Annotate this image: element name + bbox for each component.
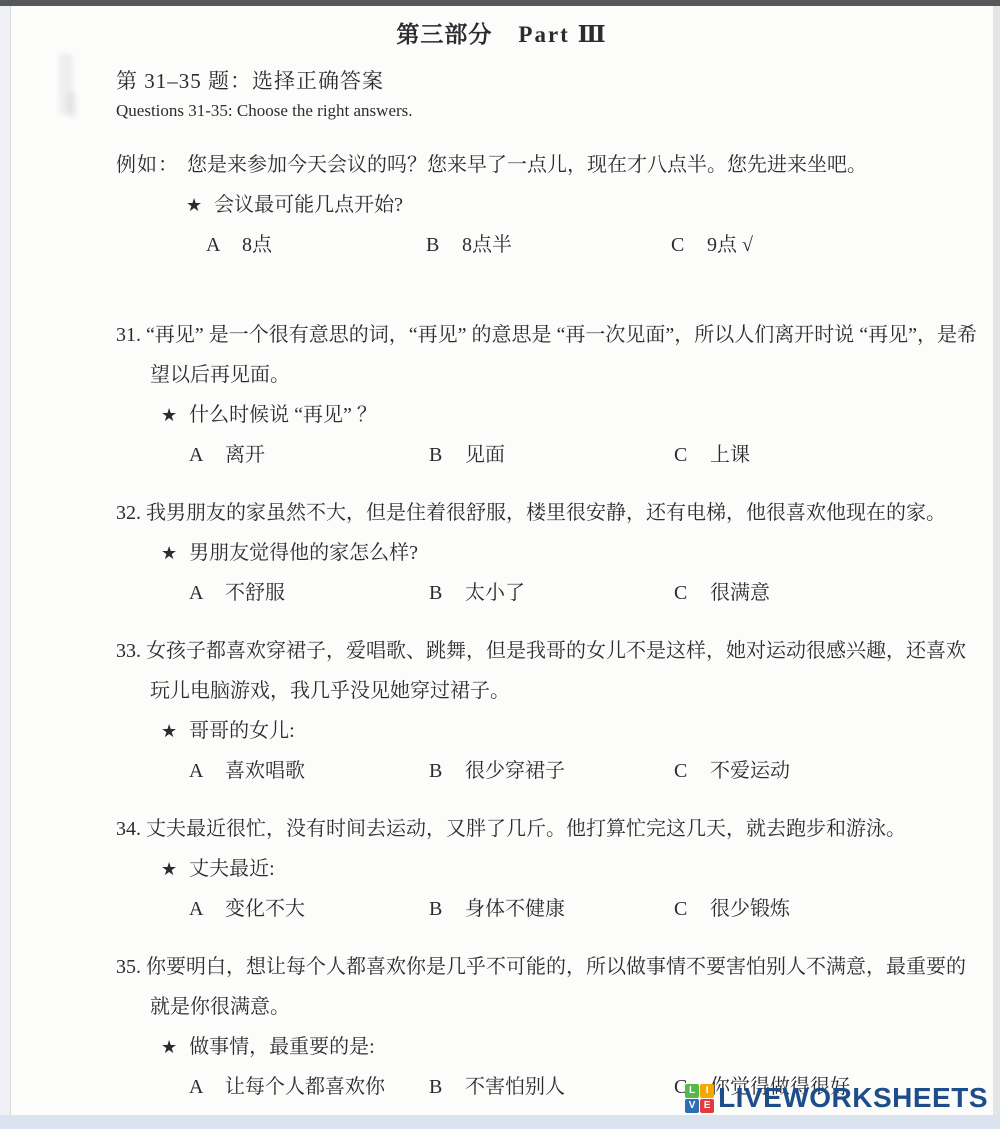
worksheet-page: 第三部分Part Ⅲ 第 31–35 题：选择正确答案 Questions 31… <box>10 6 993 1115</box>
option-letter: B <box>429 1067 465 1107</box>
option-letter: B <box>429 573 465 613</box>
star-question: ★丈夫最近: <box>116 849 979 889</box>
option-c[interactable]: C上课 <box>674 435 979 475</box>
logo-square-l: L <box>685 1084 699 1098</box>
option-text: 很少穿裙子 <box>465 760 565 782</box>
star-question: ★哥哥的女儿: <box>116 711 979 751</box>
option-letter: C <box>674 889 710 929</box>
scan-artifact <box>67 92 77 118</box>
star-question: ★男朋友觉得他的家怎么样? <box>116 533 979 573</box>
options-row: A不舒服 B太小了 C很满意 <box>116 573 979 613</box>
page-title-cn: 第三部分 <box>396 22 492 47</box>
passage-text: 女孩子都喜欢穿裙子，爱唱歌、跳舞，但是我哥的女儿不是这样，她对运动很感兴趣，还喜… <box>146 640 966 702</box>
option-b[interactable]: B太小了 <box>429 573 674 613</box>
liveworksheets-logo[interactable]: L I V E LIVEWORKSHEETS <box>685 1082 988 1114</box>
option-letter: A <box>189 573 225 613</box>
option-a[interactable]: A8点 <box>206 225 426 265</box>
page-title: 第三部分Part Ⅲ <box>11 16 993 49</box>
option-text: 喜欢唱歌 <box>225 760 305 782</box>
question-passage: 33.女孩子都喜欢穿裙子，爱唱歌、跳舞，但是我哥的女儿不是这样，她对运动很感兴趣… <box>116 631 979 711</box>
star-icon: ★ <box>161 543 177 563</box>
example-question-text: 会议最可能几点开始? <box>214 194 403 216</box>
options-row: A离开 B见面 C上课 <box>116 435 979 475</box>
question-number: 32. <box>116 502 141 524</box>
question-number: 31. <box>116 324 141 346</box>
option-b[interactable]: B不害怕别人 <box>429 1067 674 1107</box>
option-a[interactable]: A变化不大 <box>189 889 429 929</box>
page-right-edge <box>993 6 1000 1129</box>
logo-square-i: I <box>700 1084 714 1098</box>
option-letter: C <box>674 573 710 613</box>
question-31: 31.“再见” 是一个很有意思的词，“再见” 的意思是 “再一次见面”，所以人们… <box>116 315 979 475</box>
option-text: 很少锻炼 <box>710 898 790 920</box>
example-options-row: A8点 B8点半 C9点 √ <box>116 225 979 265</box>
star-icon: ★ <box>161 859 177 879</box>
option-text: 不爱运动 <box>710 760 790 782</box>
option-text: 很满意 <box>710 582 770 604</box>
option-letter: A <box>189 751 225 791</box>
option-text: 9点 √ <box>707 234 753 256</box>
question-number: 34. <box>116 818 141 840</box>
option-letter: A <box>189 889 225 929</box>
option-text: 离开 <box>225 444 265 466</box>
question-33: 33.女孩子都喜欢穿裙子，爱唱歌、跳舞，但是我哥的女儿不是这样，她对运动很感兴趣… <box>116 631 979 791</box>
option-text: 太小了 <box>465 582 525 604</box>
star-question: ★什么时候说 “再见” ？ <box>116 395 979 435</box>
option-a[interactable]: A不舒服 <box>189 573 429 613</box>
option-text: 不害怕别人 <box>465 1076 565 1098</box>
option-b[interactable]: B很少穿裙子 <box>429 751 674 791</box>
passage-text: 你要明白，想让每个人都喜欢你是几乎不可能的，所以做事情不要害怕别人不满意，最重要… <box>146 956 966 1018</box>
question-passage: 35.你要明白，想让每个人都喜欢你是几乎不可能的，所以做事情不要害怕别人不满意，… <box>116 947 979 1027</box>
option-b[interactable]: B身体不健康 <box>429 889 674 929</box>
option-letter: A <box>206 225 242 265</box>
liveworksheets-wordmark: LIVEWORKSHEETS <box>718 1082 988 1114</box>
liveworksheets-logo-icon: L I V E <box>685 1084 714 1113</box>
example-passage-text: 您是来参加今天会议的吗？您来早了一点儿，现在才八点半。您先进来坐吧。 <box>187 154 867 176</box>
example-passage: 例如：您是来参加今天会议的吗？您来早了一点儿，现在才八点半。您先进来坐吧。 <box>116 145 979 185</box>
star-icon: ★ <box>161 405 177 425</box>
star-question: ★做事情，最重要的是: <box>116 1027 979 1067</box>
option-c[interactable]: C不爱运动 <box>674 751 979 791</box>
page-bottom-edge <box>0 1115 1000 1129</box>
option-text: 见面 <box>465 444 505 466</box>
option-text: 让每个人都喜欢你 <box>225 1076 385 1098</box>
options-row: A喜欢唱歌 B很少穿裙子 C不爱运动 <box>116 751 979 791</box>
option-c[interactable]: C很满意 <box>674 573 979 613</box>
example-block: 例如：您是来参加今天会议的吗？您来早了一点儿，现在才八点半。您先进来坐吧。 ★会… <box>116 145 979 265</box>
option-a[interactable]: A让每个人都喜欢你 <box>189 1067 429 1107</box>
option-text: 8点半 <box>462 234 512 256</box>
option-letter: A <box>189 435 225 475</box>
option-text: 不舒服 <box>225 582 285 604</box>
star-icon: ★ <box>161 1037 177 1057</box>
option-a[interactable]: A喜欢唱歌 <box>189 751 429 791</box>
question-passage: 31.“再见” 是一个很有意思的词，“再见” 的意思是 “再一次见面”，所以人们… <box>116 315 979 395</box>
option-text: 身体不健康 <box>465 898 565 920</box>
option-b[interactable]: B见面 <box>429 435 674 475</box>
question-34: 34.丈夫最近很忙，没有时间去运动，又胖了几斤。他打算忙完这几天，就去跑步和游泳… <box>116 809 979 929</box>
question-passage: 32.我男朋友的家虽然不大，但是住着很舒服，楼里很安静，还有电梯，他很喜欢他现在… <box>116 493 979 533</box>
options-row: A变化不大 B身体不健康 C很少锻炼 <box>116 889 979 929</box>
question-number: 35. <box>116 956 141 978</box>
option-letter: C <box>674 751 710 791</box>
passage-text: 丈夫最近很忙，没有时间去运动，又胖了几斤。他打算忙完这几天，就去跑步和游泳。 <box>146 818 906 840</box>
question-32: 32.我男朋友的家虽然不大，但是住着很舒服，楼里很安静，还有电梯，他很喜欢他现在… <box>116 493 979 613</box>
option-letter: A <box>189 1067 225 1107</box>
star-question-text: 男朋友觉得他的家怎么样? <box>189 542 418 564</box>
question-number: 33. <box>116 640 141 662</box>
star-question-text: 哥哥的女儿: <box>189 720 295 742</box>
logo-square-e: E <box>700 1099 714 1113</box>
star-question-text: 做事情，最重要的是: <box>189 1036 375 1058</box>
example-label: 例如： <box>116 154 179 176</box>
logo-square-v: V <box>685 1099 699 1113</box>
passage-text: “再见” 是一个很有意思的词，“再见” 的意思是 “再一次见面”，所以人们离开时… <box>146 324 977 386</box>
star-question-text: 丈夫最近: <box>189 858 275 880</box>
star-icon: ★ <box>161 721 177 741</box>
option-c[interactable]: C很少锻炼 <box>674 889 979 929</box>
page-title-part: Part Ⅲ <box>518 22 607 47</box>
option-letter: B <box>429 889 465 929</box>
option-letter: B <box>429 751 465 791</box>
star-icon: ★ <box>186 195 202 215</box>
option-letter: B <box>429 435 465 475</box>
option-b[interactable]: B8点半 <box>426 225 671 265</box>
star-question-text: 什么时候说 “再见” ？ <box>189 404 377 426</box>
option-a[interactable]: A离开 <box>189 435 429 475</box>
section-heading-cn: 第 31–35 题：选择正确答案 <box>116 65 979 95</box>
option-letter: C <box>674 435 710 475</box>
option-c[interactable]: C9点 √ <box>671 225 979 265</box>
option-letter: C <box>671 225 707 265</box>
option-text: 变化不大 <box>225 898 305 920</box>
example-star-question: ★会议最可能几点开始? <box>116 185 979 225</box>
passage-text: 我男朋友的家虽然不大，但是住着很舒服，楼里很安静，还有电梯，他很喜欢他现在的家。 <box>146 502 946 524</box>
section-heading-en: Questions 31-35: Choose the right answer… <box>116 101 979 121</box>
question-passage: 34.丈夫最近很忙，没有时间去运动，又胖了几斤。他打算忙完这几天，就去跑步和游泳… <box>116 809 979 849</box>
option-letter: B <box>426 225 462 265</box>
option-text: 8点 <box>242 234 272 256</box>
option-text: 上课 <box>710 444 750 466</box>
